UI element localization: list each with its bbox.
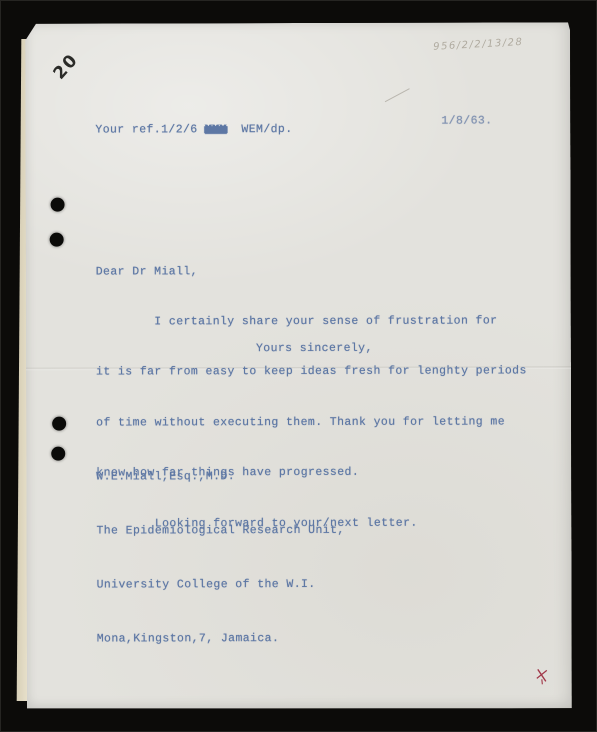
page-number-annotation: 20 (31, 31, 102, 102)
punch-hole (51, 198, 65, 212)
address-line: University College of the W.I. (97, 576, 345, 595)
punch-hole (52, 417, 66, 431)
punch-hole (51, 447, 65, 461)
letter-date: 1/8/63. (441, 114, 492, 127)
recipient-address: W.E.Miall,Esq.,M.D. The Epidemiological … (96, 432, 345, 685)
letter-paper: 20 956/2/2/13/28 Your ref.1/2/6 XXX WEM/… (25, 22, 572, 709)
struck-out-text: XXX (205, 123, 227, 136)
address-line: Mona,Kingston,7, Jamaica. (97, 630, 345, 649)
pencil-reference-annotation: 956/2/2/13/28 (433, 35, 553, 53)
reference-suffix: WEM/dp. (227, 123, 293, 136)
photo-background: 20 956/2/2/13/28 Your ref.1/2/6 XXX WEM/… (1, 1, 596, 731)
pencil-scratch-mark (385, 88, 410, 102)
closing: Yours sincerely, (256, 342, 373, 355)
red-x-mark (535, 667, 551, 685)
salutation: Dear Dr Miall, (96, 263, 527, 281)
address-line: The Epidemiological Research Unit, (96, 522, 344, 541)
address-line: W.E.Miall,Esq.,M.D. (96, 468, 344, 487)
reference-prefix: Your ref.1/2/6 (95, 123, 205, 136)
reference-line: Your ref.1/2/6 XXX WEM/dp. (95, 123, 292, 137)
scanned-letter-photo: { "annotations": { "page_number": "20", … (0, 0, 597, 732)
punch-hole (50, 233, 64, 247)
body-line: of time without executing them. Thank yo… (96, 414, 527, 432)
body-line: I certainly share your sense of frustrat… (96, 313, 527, 331)
body-line: it is far from easy to keep ideas fresh … (96, 364, 527, 382)
